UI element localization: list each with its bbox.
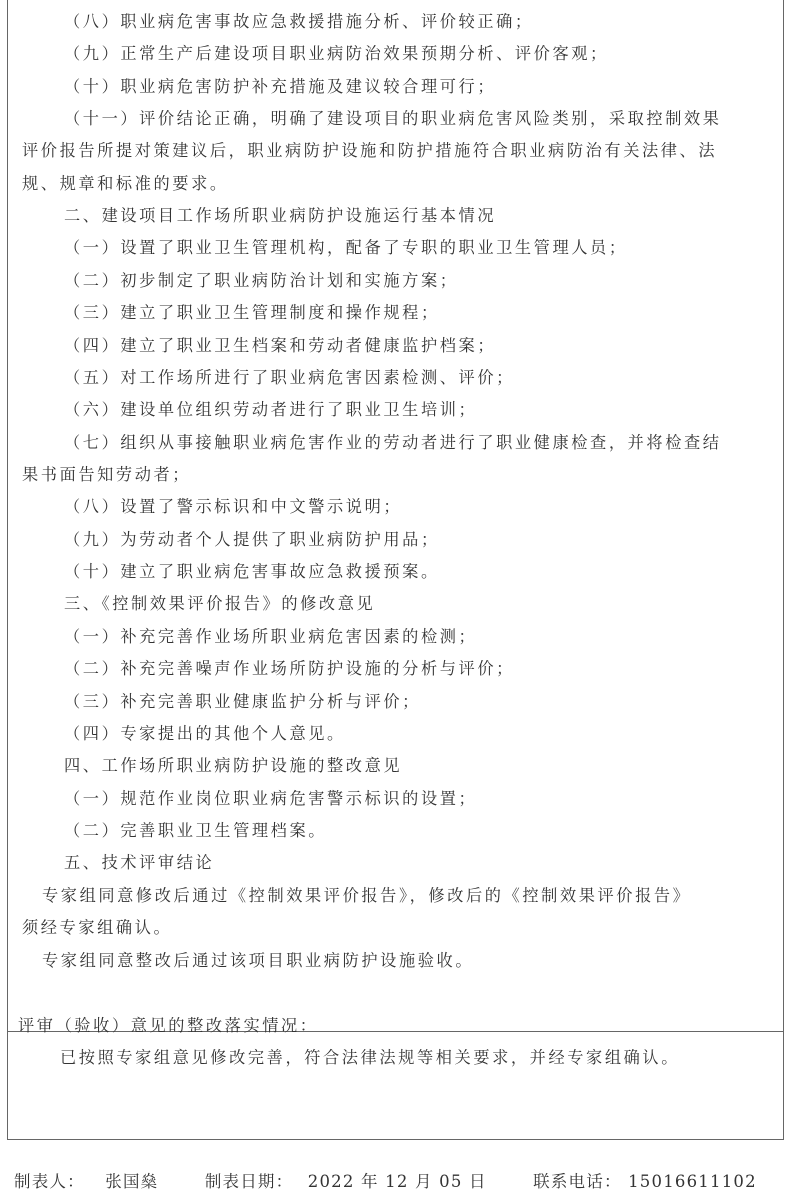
s2-item: （三）建立了职业卫生管理制度和操作规程；: [64, 303, 440, 323]
s3-item: （一）补充完善作业场所职业病危害因素的检测；: [64, 627, 477, 647]
s5-line: 专家组同意整改后通过该项目职业病防护设施验收。: [42, 951, 474, 971]
section3-heading: 三、《控制效果评价报告》的修改意见: [64, 594, 375, 614]
form-footer: 制表人： 张国燊 制表日期： 2022 年 12 月 05 日 联系电话： 15…: [14, 1168, 757, 1192]
section2-heading: 二、建设项目工作场所职业病防护设施运行基本情况: [64, 206, 496, 226]
s2-item: （八）设置了警示标识和中文警示说明；: [64, 497, 402, 517]
s1-item-11: （十一）评价结论正确，明确了建设项目的职业病危害风险类别，采取控制效果: [64, 109, 722, 129]
s4-item: （一）规范作业岗位职业病危害警示标识的设置；: [64, 789, 477, 809]
section4-heading: 四、工作场所职业病防护设施的整改意见: [64, 756, 402, 776]
s2-item: （二）初步制定了职业病防治计划和实施方案；: [64, 271, 459, 291]
s5-line-cont: 须经专家组确认。: [22, 918, 172, 938]
s2-item: （六）建设单位组织劳动者进行了职业卫生培训；: [64, 400, 477, 420]
s2-item: （七）组织从事接触职业病危害作业的劳动者进行了职业健康检查，并将检查结: [64, 433, 722, 453]
phone-label: 联系电话：: [533, 1168, 622, 1192]
s2-item-cont: 果书面告知劳动者；: [22, 465, 191, 485]
s4-item: （二）完善职业卫生管理档案。: [64, 821, 327, 841]
rectification-label: 评审（验收）意见的整改落实情况：: [18, 1016, 319, 1036]
date-label: 制表日期：: [205, 1168, 294, 1192]
s2-item: （四）建立了职业卫生档案和劳动者健康监护档案；: [64, 336, 496, 356]
preparer-label: 制表人：: [14, 1168, 85, 1192]
phone-value: 15016611102: [628, 1172, 757, 1191]
s1-item-11-cont: 评价报告所提对策建议后，职业病防护设施和防护措施符合职业病防治有关法律、法: [22, 141, 717, 161]
s3-item: （二）补充完善噪声作业场所防护设施的分析与评价；: [64, 659, 515, 679]
s2-item: （十）建立了职业病危害事故应急救援预案。: [64, 562, 440, 582]
s2-item: （五）对工作场所进行了职业病危害因素检测、评价；: [64, 368, 515, 388]
s2-item: （一）设置了职业卫生管理机构，配备了专职的职业卫生管理人员；: [64, 238, 628, 258]
s5-line: 专家组同意修改后通过《控制效果评价报告》，修改后的《控制效果评价报告》: [42, 886, 691, 906]
s2-item: （九）为劳动者个人提供了职业病防护用品；: [64, 530, 440, 550]
rectification-text: 已按照专家组意见修改完善，符合法律法规等相关要求，并经专家组确认。: [60, 1048, 680, 1068]
s1-item-9: （九）正常生产后建设项目职业病防治效果预期分析、评价客观；: [64, 44, 609, 64]
preparer-name: 张国燊: [105, 1168, 158, 1192]
s1-item-11-cont2: 规、规章和标准的要求。: [22, 174, 229, 194]
date-value: 2022 年 12 月 05 日: [308, 1168, 487, 1192]
s1-item-10: （十）职业病危害防护补充措施及建议较合理可行；: [64, 77, 496, 97]
s3-item: （三）补充完善职业健康监护分析与评价；: [64, 692, 421, 712]
s3-item: （四）专家提出的其他个人意见。: [64, 724, 346, 744]
s1-item-8: （八）职业病危害事故应急救援措施分析、评价较正确；: [64, 12, 534, 32]
section5-heading: 五、技术评审结论: [64, 853, 214, 873]
